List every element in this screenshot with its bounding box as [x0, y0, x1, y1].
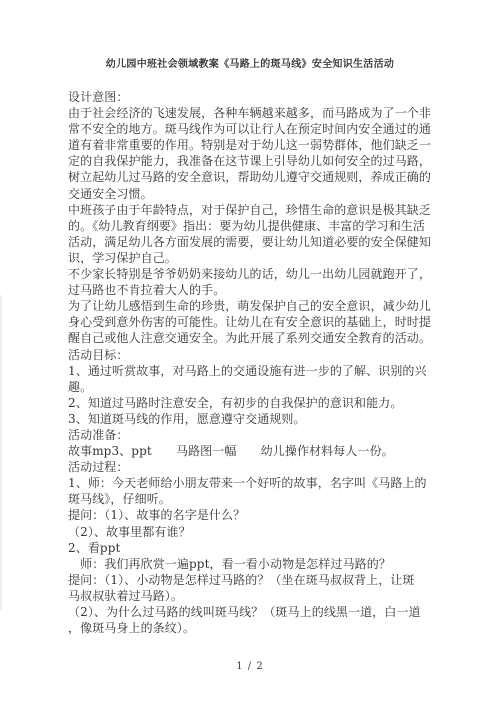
- text-line: 1、通过听赏故事，对马路上的交通设施有进一步的了解、识别的兴: [68, 363, 444, 379]
- text-line: 提问：（1）、小动物是怎样过马路的？（坐在斑马叔叔背上，让斑: [68, 572, 444, 588]
- document-body: 设计意图：由于社会经济的飞速发展，各种车辆越来越多，而马路成为了一个非常不安全的…: [68, 89, 444, 636]
- text-line: 醒自己或他人注意交通安全。为此开展了系列交通安全教育的活动。: [68, 330, 444, 346]
- page-edge-line: [0, 295, 2, 610]
- text-line: 由于社会经济的飞速发展，各种车辆越来越多，而马路成为了一个非: [68, 105, 444, 121]
- text-line: 过马路也不肯拉着大人的手。: [68, 282, 444, 298]
- text-line: 马叔叔驮着过马路）。: [68, 588, 444, 604]
- text-line: 活动目标：: [68, 347, 444, 363]
- document-title: 幼儿园中班社会领域教案《马路上的斑马线》安全知识生活活动: [0, 55, 500, 70]
- text-line: （2）、故事里都有谁？: [68, 524, 444, 540]
- text-line: 为了让幼儿感悟到生命的珍贵，萌发保护自己的安全意识，减少幼儿: [68, 298, 444, 314]
- text-line: 趣。: [68, 379, 444, 395]
- text-line: 师：我们再欣赏一遍ppt，看一看小动物是怎样过马路的？: [68, 556, 444, 572]
- text-line: 设计意图：: [68, 89, 444, 105]
- text-line: 活动过程：: [68, 459, 444, 475]
- text-line: 2、知道过马路时注意安全，有初步的自我保护的意识和能力。: [68, 395, 444, 411]
- document-page: 幼儿园中班社会领域教案《马路上的斑马线》安全知识生活活动 设计意图：由于社会经济…: [0, 0, 500, 707]
- text-line: 1、师：今天老师给小朋友带来一个好听的故事，名字叫《马路上的: [68, 475, 444, 491]
- text-line: 2、看ppt: [68, 540, 444, 556]
- text-line: 斑马线》，仔细听。: [68, 491, 444, 507]
- text-line: 中班孩子由于年龄特点，对于保护自己，珍惜生命的意识是极其缺乏: [68, 202, 444, 218]
- text-line: ，像斑马身上的条纹）。: [68, 620, 444, 636]
- text-line: 的。《幼儿教育纲要》指出：要为幼儿提供健康、丰富的学习和生活: [68, 218, 444, 234]
- text-line: 树立起幼儿过马路的安全意识，帮助幼儿遵守交通规则，养成正确的: [68, 169, 444, 185]
- text-line: 不少家长特别是爷爷奶奶来接幼儿的话，幼儿一出幼儿园就跑开了，: [68, 266, 444, 282]
- text-line: 定的自我保护能力，我准备在这节课上引导幼儿如何安全的过马路，: [68, 153, 444, 169]
- text-line: 道有着非常重要的作用。特别是对于幼儿这一弱势群体，他们缺乏一: [68, 137, 444, 153]
- text-line: 身心受到意外伤害的可能性。让幼儿在有安全意识的基础上，时时提: [68, 314, 444, 330]
- text-line: 提问：（1）、故事的名字是什么？: [68, 507, 444, 523]
- text-line: 故事mp3、ppt 马路图一幅 幼儿操作材料每人一份。: [68, 443, 444, 459]
- text-line: 活动准备：: [68, 427, 444, 443]
- text-line: 交通安全习惯。: [68, 186, 444, 202]
- text-line: 3、知道斑马线的作用，愿意遵守交通规则。: [68, 411, 444, 427]
- text-line: 常不安全的地方。斑马线作为可以让行人在预定时间内安全通过的通: [68, 121, 444, 137]
- page-indicator: 1 / 2: [0, 661, 500, 672]
- text-line: 识，学习保护自己。: [68, 250, 444, 266]
- text-line: （2）、为什么过马路的线叫斑马线？（斑马上的线黑一道，白一道: [68, 604, 444, 620]
- text-line: 活动，满足幼儿各方面发展的需要，要让幼儿知道必要的安全保健知: [68, 234, 444, 250]
